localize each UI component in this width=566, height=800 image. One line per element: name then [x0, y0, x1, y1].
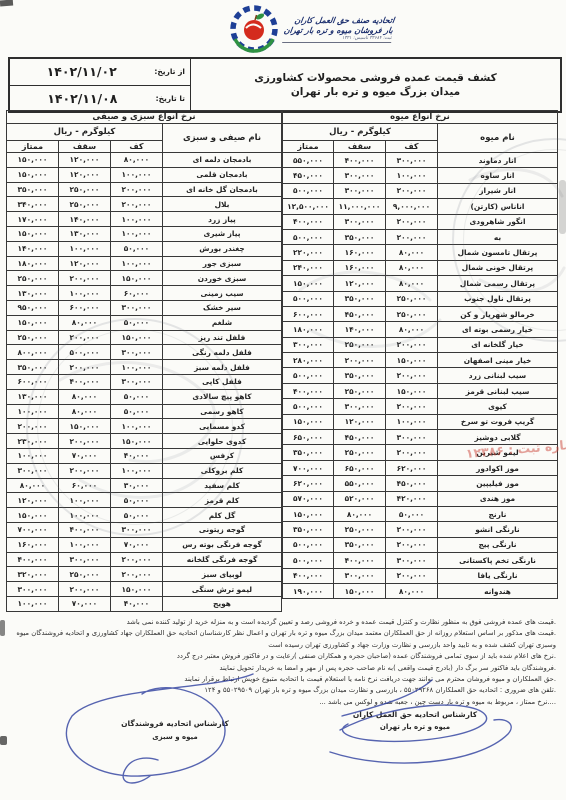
veg-row-name: فلفل تند ریز: [162, 330, 281, 345]
fruit-row: خیار مینی اصفهان۱۵۰,۰۰۰۲۰۰,۰۰۰۲۸۰,۰۰۰: [282, 353, 557, 368]
veg-row-ceiling: ۲۰۰,۰۰۰: [58, 434, 110, 449]
veg-row-name: لوبیای سبز: [162, 567, 281, 582]
fruit-row: انار شیراز۲۰۰,۰۰۰۳۰۰,۰۰۰۵۰۰,۰۰۰: [282, 183, 557, 198]
fruit-row: لیمو شیرین۲۰۰,۰۰۰۲۵۰,۰۰۰۳۵۰,۰۰۰: [282, 445, 557, 460]
fruit-row-ceiling: ۳۰۰,۰۰۰: [334, 568, 386, 583]
fruit-row-premium: ۲۴۰,۰۰۰: [282, 260, 333, 275]
veg-row-name: کدو مسمایی: [162, 419, 281, 434]
veg-row-name: سیب زمینی: [162, 286, 281, 301]
veg-row: سبزی جور۱۰۰,۰۰۰۱۲۰,۰۰۰۱۸۰,۰۰۰: [6, 256, 281, 271]
fruit-row-floor: ۸۰,۰۰۰: [386, 322, 438, 337]
fruit-row-ceiling: ۲۰۰,۰۰۰: [334, 353, 386, 368]
scan-artifact: [559, 180, 566, 234]
fruit-row: پرتقال خونی شمال۸۰,۰۰۰۱۶۰,۰۰۰۲۴۰,۰۰۰: [282, 260, 557, 275]
fruit-row-premium: ۴۰۰,۰۰۰: [282, 568, 333, 583]
veg-row: کاهو رسمی۵۰,۰۰۰۸۰,۰۰۰۱۰۰,۰۰۰: [6, 404, 281, 419]
veg-row-ceiling: ۱۲۰,۰۰۰: [58, 167, 110, 182]
fruit-row-premium: ۱۲,۵۰۰,۰۰۰: [282, 199, 333, 214]
fruit-row-ceiling: ۱۲۰,۰۰۰: [334, 414, 386, 429]
veg-row-premium: ۶۰۰,۰۰۰: [6, 374, 58, 389]
fruit-row-premium: ۱۵۰,۰۰۰: [282, 506, 333, 521]
veg-row: بادمجان دلمه ای۸۰,۰۰۰۱۲۰,۰۰۰۱۵۰,۰۰۰: [6, 153, 281, 168]
fruit-row: پرتقال ناول جنوب۲۵۰,۰۰۰۳۵۰,۰۰۰۵۰۰,۰۰۰: [282, 291, 557, 306]
footnotes: .قیمت های عمده فروشی فوق به منظور نظارت …: [10, 617, 556, 708]
fruit-row-name: موز فیلیپین: [438, 476, 558, 491]
fruit-row-premium: ۴۰۰,۰۰۰: [282, 214, 333, 229]
veg-row-floor: ۴۰,۰۰۰: [110, 448, 162, 463]
fruit-row-name: نارنگی پیج: [438, 537, 558, 552]
fruit-unit-row: نام میوه کیلوگرم - ریال: [282, 124, 557, 141]
fruit-row-premium: ۲۸۰,۰۰۰: [282, 353, 333, 368]
fruit-row-ceiling: ۴۵۰,۰۰۰: [334, 430, 386, 445]
veg-row-name: لیمو ترش سنگی: [162, 582, 281, 597]
veg-row-floor: ۵۰,۰۰۰: [110, 404, 162, 419]
veg-row: کلم بروکلی۱۰۰,۰۰۰۲۰۰,۰۰۰۳۰۰,۰۰۰: [6, 463, 281, 478]
fruit-row-ceiling: ۲۵۰,۰۰۰: [334, 383, 386, 398]
fruit-row: پرتقال رسمی شمال۸۰,۰۰۰۱۲۰,۰۰۰۱۵۰,۰۰۰: [282, 276, 557, 291]
fruit-floor-header: کف: [386, 141, 438, 153]
veg-row-name: کاهو پیچ سالادی: [162, 389, 281, 404]
fruit-row-name: خیار گلخانه ای: [438, 337, 558, 352]
veg-row-ceiling: ۴۰۰,۰۰۰: [58, 522, 110, 537]
fruit-row-premium: ۵۰۰,۰۰۰: [282, 183, 333, 198]
veg-row-name: کرفس: [162, 448, 281, 463]
veg-row-name: بادمجان گل خانه ای: [162, 182, 281, 197]
veg-row: فلفل تند ریز۱۵۰,۰۰۰۲۰۰,۰۰۰۲۵۰,۰۰۰: [6, 330, 281, 345]
veg-row: لوبیای سبز۲۰۰,۰۰۰۲۵۰,۰۰۰۳۲۰,۰۰۰: [6, 567, 281, 582]
date-box: از تاریخ: ۱۴۰۲/۱۱/۰۲ تا تاریخ: ۱۴۰۲/۱۱/۰…: [10, 59, 190, 111]
veg-row-name: کلم قرمز: [162, 493, 281, 508]
fruit-row-ceiling: ۳۰۰,۰۰۰: [334, 399, 386, 414]
union-name-line1: اتحادیه صنف حق العمل کاران: [285, 16, 395, 26]
fruit-row-premium: ۱۹۰,۰۰۰: [282, 583, 333, 598]
fruit-row: نارنگی انشو۲۰۰,۰۰۰۲۵۰,۰۰۰۳۵۰,۰۰۰: [282, 522, 557, 537]
veg-row-ceiling: ۱۰۰,۰۰۰: [58, 537, 110, 552]
fruit-row-ceiling: ۵۲۰,۰۰۰: [334, 491, 386, 506]
fruit-row-premium: ۳۵۰,۰۰۰: [282, 445, 333, 460]
veg-row-floor: ۱۵۰,۰۰۰: [110, 434, 162, 449]
veg-row: گوجه فرنگی بوته رس۷۰,۰۰۰۱۰۰,۰۰۰۱۶۰,۰۰۰: [6, 537, 281, 552]
fruit-row-name: خیار مینی اصفهان: [438, 353, 558, 368]
fruit-row: سیب لبنانی زرد۲۰۰,۰۰۰۳۵۰,۰۰۰۵۰۰,۰۰۰: [282, 368, 557, 383]
veg-row-name: بادمجان قلمی: [162, 167, 281, 182]
veg-row-ceiling: ۲۰۰,۰۰۰: [58, 463, 110, 478]
fruit-row-floor: ۲۰۰,۰۰۰: [386, 214, 438, 229]
fruit-row: پرتقال تامسون شمال۸۰,۰۰۰۱۶۰,۰۰۰۲۲۰,۰۰۰: [282, 245, 557, 260]
veg-row-premium: ۱۰۰,۰۰۰: [6, 596, 58, 611]
fruit-row-name: خیار رسمی بوته ای: [438, 322, 558, 337]
veg-row-premium: ۳۰۰,۰۰۰: [6, 463, 58, 478]
fruit-row-floor: ۱۰۰,۰۰۰: [386, 168, 438, 183]
veg-row-premium: ۱۳۰,۰۰۰: [6, 389, 58, 404]
veg-row-premium: ۲۵۰,۰۰۰: [6, 271, 58, 286]
fruit-name-header: نام میوه: [438, 124, 558, 153]
fruit-row-premium: ۶۲۰,۰۰۰: [282, 476, 333, 491]
right-signer-title: کارشناس اتحادیه حق العمل کاران: [330, 710, 500, 719]
fruit-row-name: هندوانه: [438, 583, 558, 598]
fruit-row-floor: ۴۲۰,۰۰۰: [386, 491, 438, 506]
veg-row-floor: ۱۰۰,۰۰۰: [110, 212, 162, 227]
fruit-row-floor: ۳۰۰,۰۰۰: [386, 153, 438, 168]
veg-row: کدوی حلوایی۱۵۰,۰۰۰۲۰۰,۰۰۰۲۳۰,۰۰۰: [6, 434, 281, 449]
scan-artifact: [0, 620, 5, 636]
fruit-row-floor: ۲۰۰,۰۰۰: [386, 229, 438, 244]
fruit-row: خرمالو شهریار و کن۲۵۰,۰۰۰۴۵۰,۰۰۰۶۰۰,۰۰۰: [282, 306, 557, 321]
veg-row: گل کلم۵۰,۰۰۰۱۰۰,۰۰۰۱۵۰,۰۰۰: [6, 508, 281, 523]
fruit-row-ceiling: ۳۰۰,۰۰۰: [334, 168, 386, 183]
veg-row-floor: ۳۰۰,۰۰۰: [110, 300, 162, 315]
fruit-row-name: پرتقال تامسون شمال: [438, 245, 558, 260]
fruit-row-premium: ۳۵۰,۰۰۰: [282, 522, 333, 537]
veg-row-ceiling: ۱۰۰,۰۰۰: [58, 508, 110, 523]
fruit-row-ceiling: ۳۵۰,۰۰۰: [334, 291, 386, 306]
veg-row-floor: ۲۰۰,۰۰۰: [110, 182, 162, 197]
veg-row-ceiling: ۸۰,۰۰۰: [58, 315, 110, 330]
veg-row-premium: ۱۴۰,۰۰۰: [6, 241, 58, 256]
to-date-value: ۱۴۰۲/۱۱/۰۸: [15, 91, 150, 106]
veg-row-name: چغندر بورش: [162, 241, 281, 256]
fruit-row-ceiling: ۳۰۰,۰۰۰: [334, 214, 386, 229]
veg-row-name: کلم بروکلی: [162, 463, 281, 478]
veg-row-ceiling: ۱۰۰,۰۰۰: [58, 493, 110, 508]
fruit-row-ceiling: ۴۵۰,۰۰۰: [334, 306, 386, 321]
fruit-row-name: کیوی: [438, 399, 558, 414]
veg-row-floor: ۵۰,۰۰۰: [110, 493, 162, 508]
union-registration-line: ثبت: ۳۳۶۸۴ تاسیس: ۱۳۳۱: [282, 36, 392, 41]
fruit-row-floor: ۲۵۰,۰۰۰: [386, 291, 438, 306]
fruit-row-name: انار شیراز: [438, 183, 558, 198]
fruit-row-floor: ۲۰۰,۰۰۰: [386, 183, 438, 198]
veg-row: کرفس۴۰,۰۰۰۷۰,۰۰۰۱۰۰,۰۰۰: [6, 448, 281, 463]
fruit-row-floor: ۳۰۰,۰۰۰: [386, 553, 438, 568]
scanned-price-bulletin: { "logo": { "org_line1": "اتحادیه صنف حق…: [0, 0, 566, 800]
fruit-row: انار دماوند۳۰۰,۰۰۰۴۰۰,۰۰۰۵۵۰,۰۰۰: [282, 153, 557, 168]
fruit-row-name: موز هندی: [438, 491, 558, 506]
veg-row-floor: ۳۰۰,۰۰۰: [110, 522, 162, 537]
fruit-row-floor: ۸۰,۰۰۰: [386, 245, 438, 260]
veg-row: سیب زمینی۶۰,۰۰۰۱۰۰,۰۰۰۱۳۰,۰۰۰: [6, 286, 281, 301]
veg-row-floor: ۲۰۰,۰۰۰: [110, 197, 162, 212]
veg-row-name: پیاز شیری: [162, 226, 281, 241]
from-date-value: ۱۴۰۲/۱۱/۰۲: [15, 64, 148, 79]
fruit-row: هندوانه۸۰,۰۰۰۱۵۰,۰۰۰۱۹۰,۰۰۰: [282, 583, 557, 598]
veg-row: گوجه فرنگی گلخانه۲۰۰,۰۰۰۳۰۰,۰۰۰۴۰۰,۰۰۰: [6, 552, 281, 567]
veg-row: بادمجان قلمی۱۰۰,۰۰۰۱۲۰,۰۰۰۱۵۰,۰۰۰: [6, 167, 281, 182]
document-title: کشف قیمت عمده فروشی محصولات کشاورزی میدا…: [190, 59, 560, 111]
veg-row-ceiling: ۱۴۰,۰۰۰: [58, 212, 110, 227]
veg-name-header: نام صیفی و سبزی: [162, 124, 281, 153]
veg-row-name: گوجه زیتونی: [162, 522, 281, 537]
veg-row-name: گل کلم: [162, 508, 281, 523]
veg-row-premium: ۱۵۰,۰۰۰: [6, 153, 58, 168]
fruit-row-premium: ۵۵۰,۰۰۰: [282, 153, 333, 168]
veg-row-floor: ۴۰,۰۰۰: [110, 596, 162, 611]
fruit-row-name: به: [438, 229, 558, 244]
fruit-row-ceiling: ۲۵۰,۰۰۰: [334, 522, 386, 537]
fruit-row-premium: ۵۰۰,۰۰۰: [282, 553, 333, 568]
veg-row-premium: ۱۵۰,۰۰۰: [6, 167, 58, 182]
veg-row-premium: ۲۰۰,۰۰۰: [6, 419, 58, 434]
veg-row: هویج۴۰,۰۰۰۷۰,۰۰۰۱۰۰,۰۰۰: [6, 596, 281, 611]
fruit-row-floor: ۸۰,۰۰۰: [386, 583, 438, 598]
veg-row-floor: ۳۰۰,۰۰۰: [110, 374, 162, 389]
fruit-row-premium: ۳۰۰,۰۰۰: [282, 337, 333, 352]
fruit-row-ceiling: ۸۰,۰۰۰: [334, 506, 386, 521]
fruit-row-name: لیمو شیرین: [438, 445, 558, 460]
fruit-row: سیب لبنانی قرمز۱۵۰,۰۰۰۲۵۰,۰۰۰۴۰۰,۰۰۰: [282, 383, 557, 398]
fruit-row-ceiling: ۱۲۰,۰۰۰: [334, 276, 386, 291]
veg-row-ceiling: ۱۲۰,۰۰۰: [58, 256, 110, 271]
veg-row-premium: ۱۵۰,۰۰۰: [6, 508, 58, 523]
fruit-row-premium: ۵۰۰,۰۰۰: [282, 537, 333, 552]
veg-row: سیر خشک۳۰۰,۰۰۰۶۰۰,۰۰۰۹۵۰,۰۰۰: [6, 300, 281, 315]
fruit-row-premium: ۵۰۰,۰۰۰: [282, 229, 333, 244]
veg-row-ceiling: ۱۰۰,۰۰۰: [58, 241, 110, 256]
veg-row-floor: ۱۵۰,۰۰۰: [110, 330, 162, 345]
fruit-row-floor: ۲۰۰,۰۰۰: [386, 568, 438, 583]
veg-row-name: کدوی حلوایی: [162, 434, 281, 449]
veg-row-floor: ۱۰۰,۰۰۰: [110, 463, 162, 478]
fruit-row-name: موز اکوادور: [438, 460, 558, 475]
veg-row-name: کلم سفید: [162, 478, 281, 493]
veg-row-ceiling: ۱۰۰,۰۰۰: [58, 286, 110, 301]
fruit-row: موز هندی۴۲۰,۰۰۰۵۲۰,۰۰۰۵۷۰,۰۰۰: [282, 491, 557, 506]
veg-row-premium: ۳۴۰,۰۰۰: [6, 197, 58, 212]
veg-row-ceiling: ۷۰,۰۰۰: [58, 596, 110, 611]
veg-row: کلم قرمز۵۰,۰۰۰۱۰۰,۰۰۰۱۲۰,۰۰۰: [6, 493, 281, 508]
fruit-row-ceiling: ۲۵۰,۰۰۰: [334, 445, 386, 460]
veg-row-floor: ۳۰۰,۰۰۰: [110, 345, 162, 360]
fruit-ceiling-header: سقف: [334, 141, 386, 153]
veg-row-floor: ۷۰,۰۰۰: [110, 537, 162, 552]
fruit-row-name: نارنگی یافا: [438, 568, 558, 583]
note-line: .تلفن های ضروری : اتحادیه حق العملکاران …: [10, 685, 556, 696]
veg-floor-header: کف: [110, 141, 162, 153]
fruit-row-name: انگور شاهرودی: [438, 214, 558, 229]
veg-row: چغندر بورش۵۰,۰۰۰۱۰۰,۰۰۰۱۴۰,۰۰۰: [6, 241, 281, 256]
union-logo-block: اتحادیه صنف حق العمل کاران بار فروشان می…: [228, 2, 388, 56]
union-logo-text: اتحادیه صنف حق العمل کاران بار فروشان می…: [282, 16, 395, 43]
veg-row-ceiling: ۸۰,۰۰۰: [58, 404, 110, 419]
veg-row-ceiling: ۶۰۰,۰۰۰: [58, 300, 110, 315]
fruit-row-floor: ۲۰۰,۰۰۰: [386, 537, 438, 552]
veg-row-name: هویج: [162, 596, 281, 611]
fruit-row-name: سیب لبنانی زرد: [438, 368, 558, 383]
note-line: .قیمت های مذکور بر اساس استعلام روزانه ا…: [10, 628, 556, 651]
veg-row-floor: ۵۰,۰۰۰: [110, 508, 162, 523]
veg-row-premium: ۳۲۰,۰۰۰: [6, 567, 58, 582]
fruit-row-ceiling: ۳۵۰,۰۰۰: [334, 368, 386, 383]
fruit-row-floor: ۲۰۰,۰۰۰: [386, 522, 438, 537]
veg-unit-header: کیلوگرم - ریال: [6, 124, 162, 141]
veg-row-premium: ۱۶۰,۰۰۰: [6, 537, 58, 552]
veg-row-premium: ۱۵۰,۰۰۰: [6, 315, 58, 330]
veg-section-title: نرخ انواع سبزی و صیفی: [6, 111, 281, 124]
fruit-section-row: نرخ انواع میوه: [282, 111, 557, 124]
veg-row-floor: ۱۵۰,۰۰۰: [110, 582, 162, 597]
fruit-row-floor: ۸۰,۰۰۰: [386, 260, 438, 275]
veg-row-premium: ۱۰۰,۰۰۰: [6, 404, 58, 419]
veg-row-ceiling: ۲۵۰,۰۰۰: [58, 197, 110, 212]
fruit-row-name: نارنگی انشو: [438, 522, 558, 537]
veg-row: کلم سفید۳۰,۰۰۰۶۰,۰۰۰۸۰,۰۰۰: [6, 478, 281, 493]
veg-row-ceiling: ۱۵۰,۰۰۰: [58, 419, 110, 434]
fruit-row-ceiling: ۱۵۰,۰۰۰: [334, 583, 386, 598]
fruit-row-name: سیب لبنانی قرمز: [438, 383, 558, 398]
fruit-section-title: نرخ انواع میوه: [282, 111, 557, 124]
note-line: .قیمت های عمده فروشی فوق به منظور نظارت …: [10, 617, 556, 628]
note-line: .فروشندگان باید فاکتور سر برگ دار (بادرج…: [10, 663, 556, 674]
veg-row-name: گوجه فرنگی گلخانه: [162, 552, 281, 567]
fruit-row-premium: ۲۲۰,۰۰۰: [282, 245, 333, 260]
fruit-premium-header: ممتاز: [282, 141, 333, 153]
fruit-row: خیار رسمی بوته ای۸۰,۰۰۰۱۴۰,۰۰۰۱۸۰,۰۰۰: [282, 322, 557, 337]
veg-row-ceiling: ۲۵۰,۰۰۰: [58, 182, 110, 197]
fruit-row-floor: ۳۰۰,۰۰۰: [386, 430, 438, 445]
veg-row-premium: ۲۵۰,۰۰۰: [6, 330, 58, 345]
veg-unit-row: نام صیفی و سبزی کیلوگرم - ریال: [6, 124, 281, 141]
fruit-row-name: پرتقال ناول جنوب: [438, 291, 558, 306]
veg-section-row: نرخ انواع سبزی و صیفی: [6, 111, 281, 124]
veg-row-premium: ۱۳۰,۰۰۰: [6, 286, 58, 301]
veg-row-name: بادمجان دلمه ای: [162, 153, 281, 168]
fruit-row-ceiling: ۴۰۰,۰۰۰: [334, 553, 386, 568]
veg-row: کاهو پیچ سالادی۵۰,۰۰۰۸۰,۰۰۰۱۳۰,۰۰۰: [6, 389, 281, 404]
veg-row-ceiling: ۲۰۰,۰۰۰: [58, 582, 110, 597]
veg-row-premium: ۱۷۰,۰۰۰: [6, 212, 58, 227]
fruit-row-floor: ۱۵۰,۰۰۰: [386, 383, 438, 398]
veg-row-ceiling: ۶۰,۰۰۰: [58, 478, 110, 493]
fruit-row-floor: ۲۰۰,۰۰۰: [386, 445, 438, 460]
note-line: ....نرخ ممتاز ، مربوط به میوه و تره بار …: [10, 697, 556, 708]
veg-row-premium: ۳۰۰,۰۰۰: [6, 582, 58, 597]
fruit-row-floor: ۵۰,۰۰۰: [386, 506, 438, 521]
fruit-row-ceiling: ۱۱,۰۰۰,۰۰۰: [334, 199, 386, 214]
veg-row-name: سبزی جور: [162, 256, 281, 271]
veg-row-floor: ۱۰۰,۰۰۰: [110, 226, 162, 241]
scan-artifact: [0, 736, 7, 745]
fruit-row-ceiling: ۲۵۰,۰۰۰: [334, 337, 386, 352]
fruit-unit-header: کیلوگرم - ریال: [282, 124, 437, 141]
veg-row: سبزی خوردن۱۵۰,۰۰۰۲۰۰,۰۰۰۲۵۰,۰۰۰: [6, 271, 281, 286]
to-date-row: تا تاریخ: ۱۴۰۲/۱۱/۰۸: [10, 85, 190, 112]
veg-row-name: فلفل دلمه رنگی: [162, 345, 281, 360]
fruit-price-table: نرخ انواع میوه نام میوه کیلوگرم - ریال ک…: [282, 110, 558, 599]
fruit-row-floor: ۲۵۰,۰۰۰: [386, 306, 438, 321]
veg-row-premium: ۷۰۰,۰۰۰: [6, 522, 58, 537]
fruit-row-premium: ۴۵۰,۰۰۰: [282, 168, 333, 183]
fruit-row-name: نارنج: [438, 506, 558, 521]
fruit-row-name: پرتقال خونی شمال: [438, 260, 558, 275]
fruit-row-floor: ۲۰۰,۰۰۰: [386, 337, 438, 352]
fruit-row: موز اکوادور۶۲۰,۰۰۰۶۵۰,۰۰۰۷۰۰,۰۰۰: [282, 460, 557, 475]
veg-row-floor: ۱۰۰,۰۰۰: [110, 256, 162, 271]
veg-row-premium: ۹۵۰,۰۰۰: [6, 300, 58, 315]
fruit-row: گلابی دوشیز۳۰۰,۰۰۰۴۵۰,۰۰۰۶۵۰,۰۰۰: [282, 430, 557, 445]
fruit-row-ceiling: ۴۰۰,۰۰۰: [334, 153, 386, 168]
fruit-row-ceiling: ۱۶۰,۰۰۰: [334, 260, 386, 275]
veg-row-ceiling: ۳۰۰,۰۰۰: [58, 552, 110, 567]
from-date-label: از تاریخ:: [154, 67, 185, 76]
fruit-row-name: گریپ فروت تو سرخ: [438, 414, 558, 429]
veg-row-ceiling: ۸۰,۰۰۰: [58, 389, 110, 404]
veg-row: بلال۲۰۰,۰۰۰۲۵۰,۰۰۰۳۴۰,۰۰۰: [6, 197, 281, 212]
fruit-row-name: خرمالو شهریار و کن: [438, 306, 558, 321]
right-signer-subtitle: میوه و تره بار تهران: [350, 723, 480, 731]
fruit-row-premium: ۶۵۰,۰۰۰: [282, 430, 333, 445]
veg-row-name: بلال: [162, 197, 281, 212]
veg-row-floor: ۵۰,۰۰۰: [110, 389, 162, 404]
title-line2: میدان بزرگ میوه و تره بار تهران: [191, 86, 560, 98]
veg-row-premium: ۳۵۰,۰۰۰: [6, 360, 58, 375]
veg-row-ceiling: ۵۰۰,۰۰۰: [58, 345, 110, 360]
veg-row-floor: ۱۵۰,۰۰۰: [110, 271, 162, 286]
veg-row-ceiling: ۱۲۰,۰۰۰: [58, 153, 110, 168]
fruit-row-premium: ۱۵۰,۰۰۰: [282, 414, 333, 429]
veg-row-floor: ۱۰۰,۰۰۰: [110, 167, 162, 182]
veg-row: پیاز زرد۱۰۰,۰۰۰۱۴۰,۰۰۰۱۷۰,۰۰۰: [6, 212, 281, 227]
fruit-row: کیوی۲۰۰,۰۰۰۳۰۰,۰۰۰۵۰۰,۰۰۰: [282, 399, 557, 414]
fruit-row: انار ساوه۱۰۰,۰۰۰۳۰۰,۰۰۰۴۵۰,۰۰۰: [282, 168, 557, 183]
fruit-row: اناناس (کارتن)۹,۰۰۰,۰۰۰۱۱,۰۰۰,۰۰۰۱۲,۵۰۰,…: [282, 199, 557, 214]
veg-row-ceiling: ۴۰۰,۰۰۰: [58, 374, 110, 389]
veg-row-ceiling: ۲۵۰,۰۰۰: [58, 567, 110, 582]
fruit-row-premium: ۵۰۰,۰۰۰: [282, 291, 333, 306]
fruit-row-name: پرتقال رسمی شمال: [438, 276, 558, 291]
vegetable-price-table: نرخ انواع سبزی و صیفی نام صیفی و سبزی کی…: [6, 110, 282, 612]
veg-row: بادمجان گل خانه ای۲۰۰,۰۰۰۲۵۰,۰۰۰۳۵۰,۰۰۰: [6, 182, 281, 197]
fruit-row-ceiling: ۵۵۰,۰۰۰: [334, 476, 386, 491]
veg-row-floor: ۲۰۰,۰۰۰: [110, 552, 162, 567]
left-signer-subtitle: میوه و سبزی: [110, 733, 240, 741]
veg-row: فلفل دلمه رنگی۳۰۰,۰۰۰۵۰۰,۰۰۰۸۰۰,۰۰۰: [6, 345, 281, 360]
veg-row-name: سیر خشک: [162, 300, 281, 315]
fruit-row: خیار گلخانه ای۲۰۰,۰۰۰۲۵۰,۰۰۰۳۰۰,۰۰۰: [282, 337, 557, 352]
veg-row-floor: ۱۰۰,۰۰۰: [110, 419, 162, 434]
fruit-row-name: اناناس (کارتن): [438, 199, 558, 214]
fruit-row: نارنگی پیج۲۰۰,۰۰۰۳۵۰,۰۰۰۵۰۰,۰۰۰: [282, 537, 557, 552]
veg-row-premium: ۸۰,۰۰۰: [6, 478, 58, 493]
fruit-row-ceiling: ۳۰۰,۰۰۰: [334, 183, 386, 198]
fruit-row-ceiling: ۳۵۰,۰۰۰: [334, 537, 386, 552]
fruit-row-name: گلابی دوشیز: [438, 430, 558, 445]
fruit-row-ceiling: ۶۵۰,۰۰۰: [334, 460, 386, 475]
title-line1: کشف قیمت عمده فروشی محصولات کشاورزی: [191, 72, 560, 84]
fruit-row-name: نارنگی تخم پاکستانی: [438, 553, 558, 568]
veg-row-premium: ۲۳۰,۰۰۰: [6, 434, 58, 449]
veg-row-floor: ۸۰,۰۰۰: [110, 153, 162, 168]
to-date-label: تا تاریخ:: [156, 94, 185, 103]
veg-row: فلفل کاپی۳۰۰,۰۰۰۴۰۰,۰۰۰۶۰۰,۰۰۰: [6, 374, 281, 389]
fruit-row-premium: ۵۷۰,۰۰۰: [282, 491, 333, 506]
veg-row: لیمو ترش سنگی۱۵۰,۰۰۰۲۰۰,۰۰۰۳۰۰,۰۰۰: [6, 582, 281, 597]
note-line: .حق العملکاران و میوه فروشان محترم می تو…: [10, 674, 556, 685]
veg-row: گوجه زیتونی۳۰۰,۰۰۰۴۰۰,۰۰۰۷۰۰,۰۰۰: [6, 522, 281, 537]
veg-row-premium: ۱۵۰,۰۰۰: [6, 226, 58, 241]
fruit-row-name: انار ساوه: [438, 168, 558, 183]
veg-row-name: پیاز زرد: [162, 212, 281, 227]
veg-row-premium: ۸۰۰,۰۰۰: [6, 345, 58, 360]
fruit-row-ceiling: ۱۶۰,۰۰۰: [334, 245, 386, 260]
veg-row-name: کاهو رسمی: [162, 404, 281, 419]
veg-row-premium: ۱۸۰,۰۰۰: [6, 256, 58, 271]
from-date-row: از تاریخ: ۱۴۰۲/۱۱/۰۲: [10, 59, 190, 85]
veg-row-premium: ۳۵۰,۰۰۰: [6, 182, 58, 197]
fruit-row-premium: ۱۵۰,۰۰۰: [282, 276, 333, 291]
veg-row-floor: ۱۰۰,۰۰۰: [110, 360, 162, 375]
veg-row: فلفل دلمه سبز۱۰۰,۰۰۰۲۰۰,۰۰۰۳۵۰,۰۰۰: [6, 360, 281, 375]
fruit-row-floor: ۱۵۰,۰۰۰: [386, 353, 438, 368]
